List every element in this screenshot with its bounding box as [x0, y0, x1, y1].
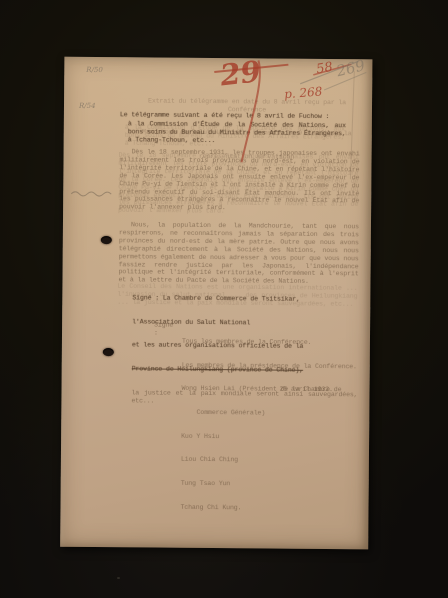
- signature-line: Les membres de la présidence de la Confé…: [182, 361, 362, 370]
- signature-line: Tous les membres de la Conférence.: [182, 338, 362, 347]
- signature-line: Tung Tsao Yun: [181, 480, 361, 489]
- signature-line: Tchang Chi Kung.: [180, 504, 360, 513]
- signature-line: Liou Chia Ching: [181, 456, 361, 465]
- signature-label: Signé :: [154, 322, 174, 338]
- punch-hole-bottom: [103, 348, 114, 356]
- document-page: R/50 R/54 269 29 58 p. 268 Extrait du té…: [60, 57, 372, 550]
- paragraph-japan: Dès le 18 septembre 1931, les troupes ja…: [119, 148, 360, 213]
- signatories-line-1: Signé : La Chambre de Commerce de Tsitsi…: [132, 294, 358, 304]
- signature-line: Kuo Y Hsiu: [181, 432, 361, 441]
- photo-background: R/50 R/54 269 29 58 p. 268 Extrait du té…: [0, 0, 448, 598]
- signature-block: Tous les membres de la Conférence. Les m…: [180, 322, 362, 529]
- paragraph-population: Nous, la population de la Mandchourie, t…: [118, 221, 359, 286]
- signature-line: Commerce Générale): [181, 409, 361, 418]
- punch-hole-top: [101, 236, 112, 244]
- address-block: à la Commission d'Étude de la Société de…: [128, 120, 346, 146]
- date-line: 25 avril 1932.: [279, 386, 359, 395]
- typed-text-layer: Extrait du télégramme en date du 8 avril…: [60, 57, 372, 550]
- background-speck: [117, 577, 120, 579]
